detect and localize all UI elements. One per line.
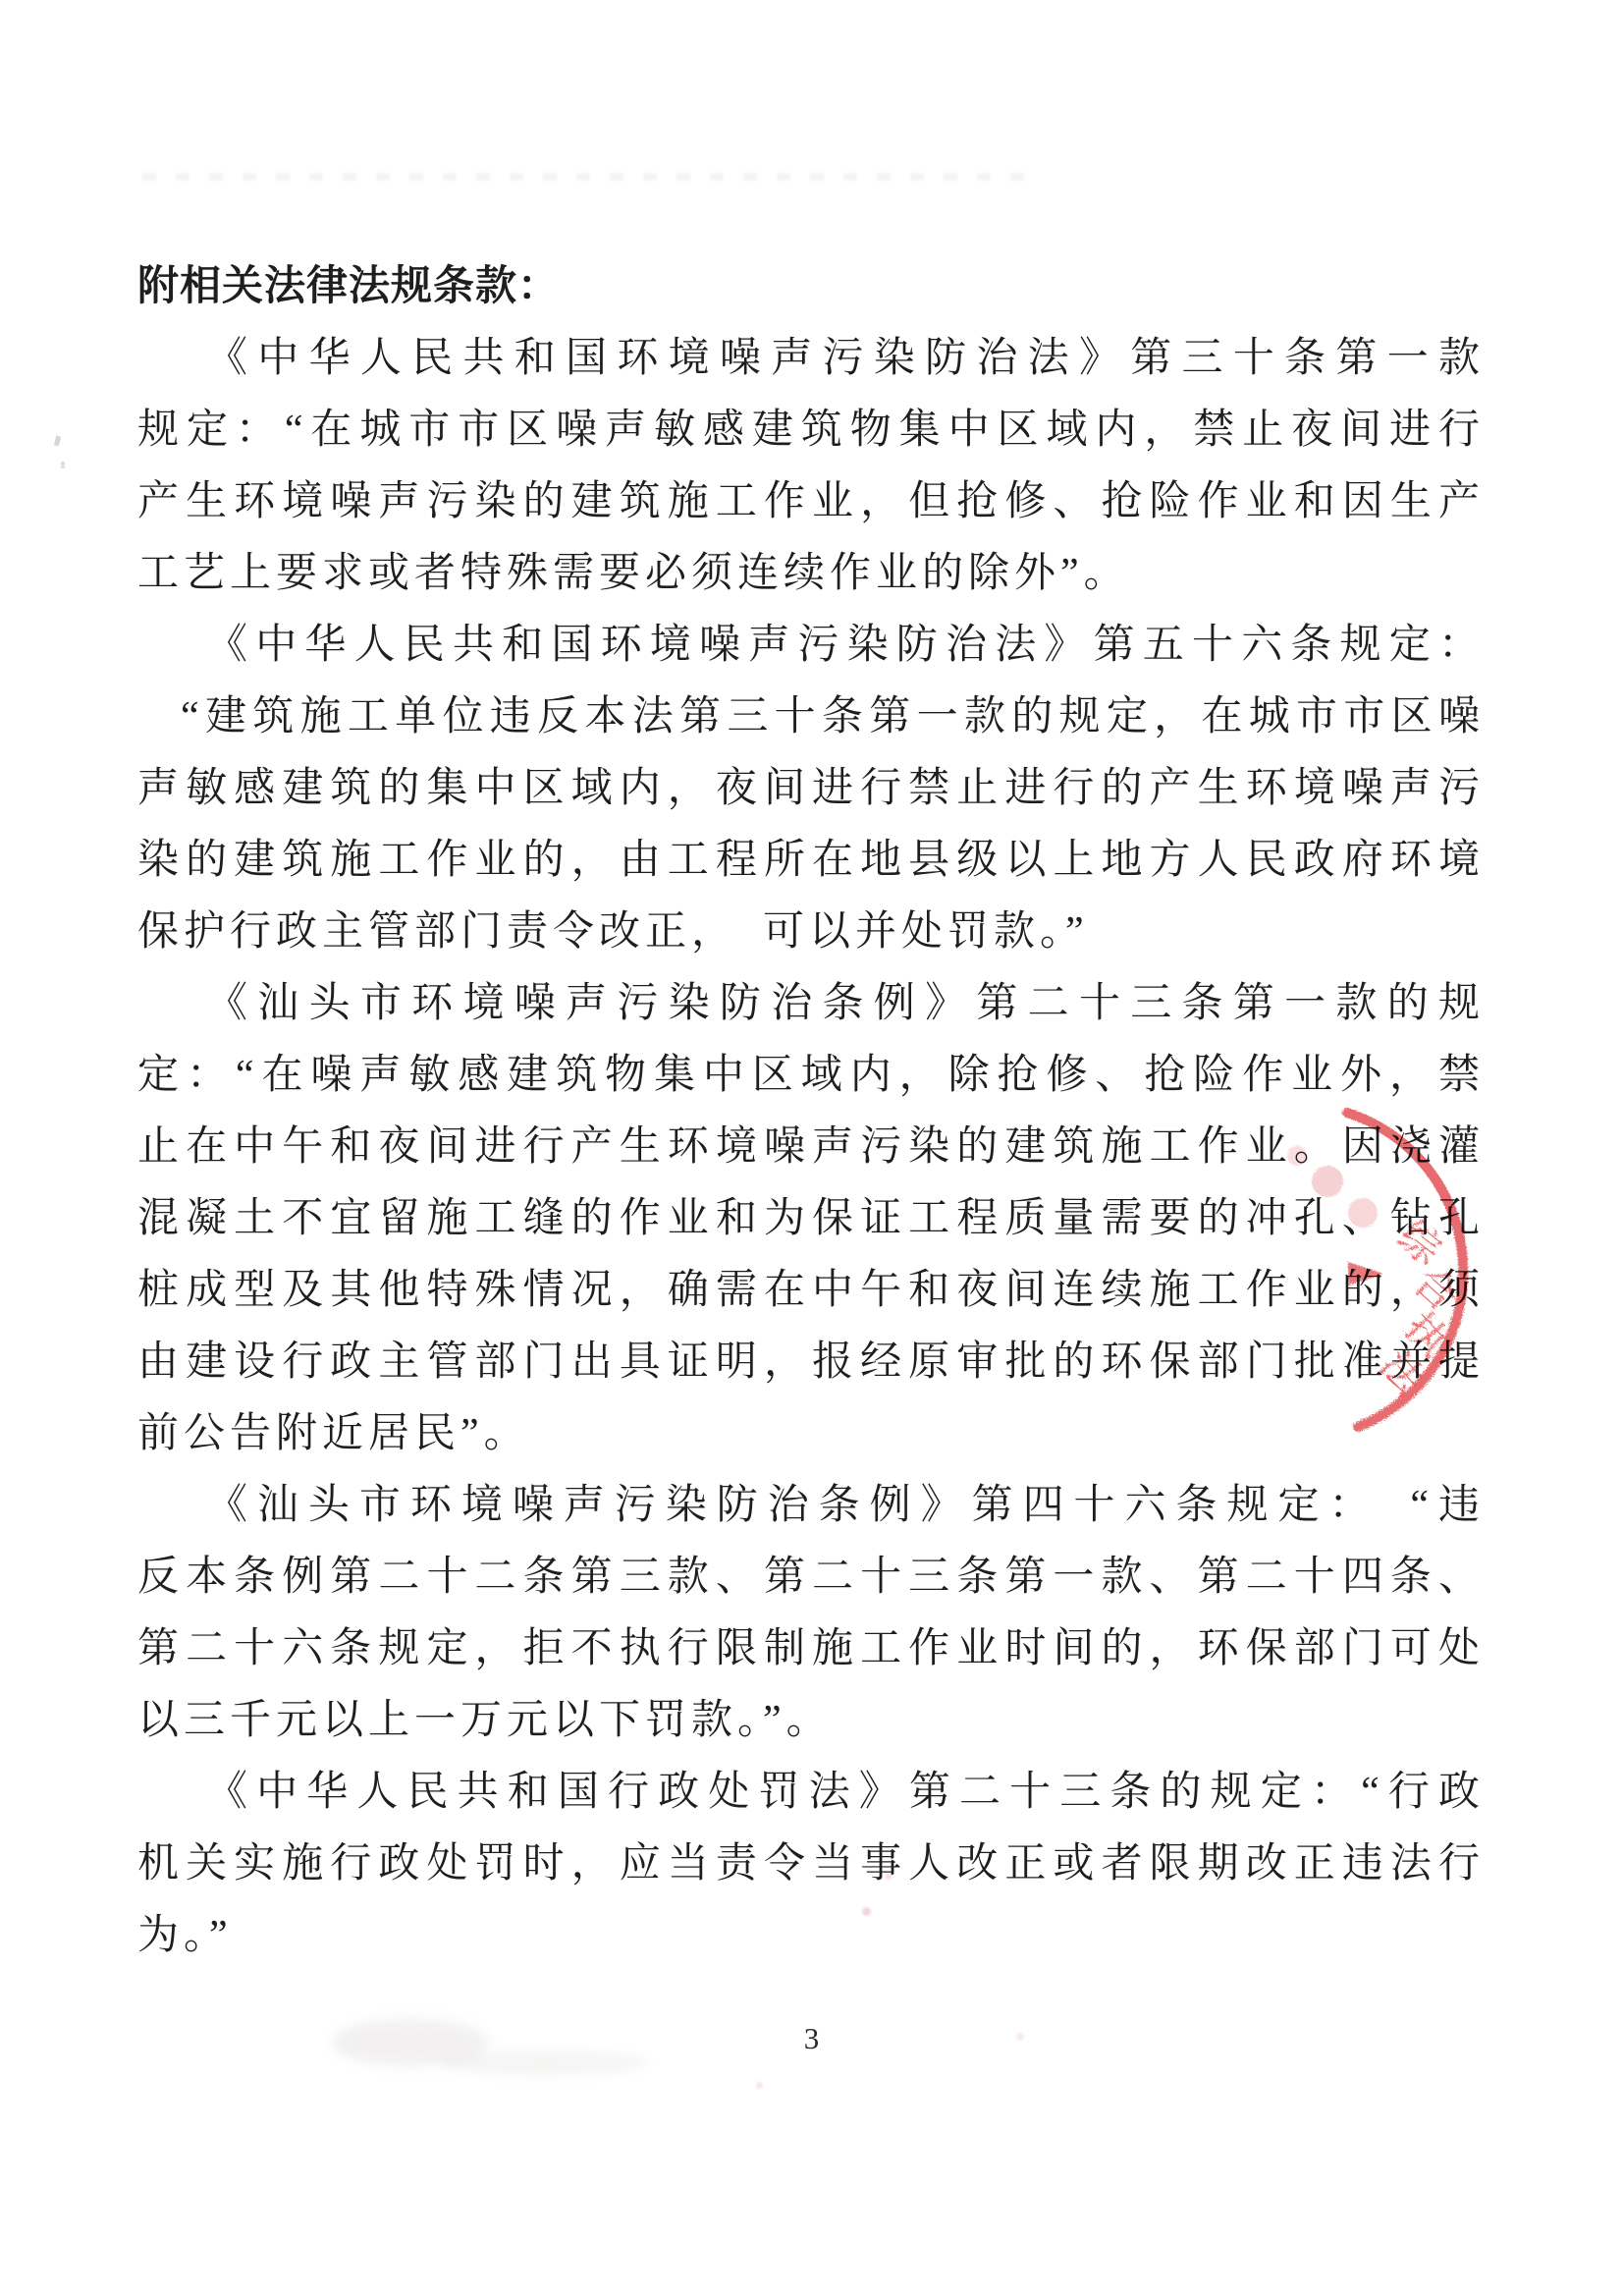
text-line: 止在中午和夜间进行产生环境噪声污染的建筑施工作业。因浇灌 xyxy=(137,1112,1485,1183)
text-line: 《汕头市环境噪声污染防治条例》第二十三条第一款的规 xyxy=(137,968,1485,1040)
text-line: 声敏感建筑的集中区域内，夜间进行禁止进行的产生环境噪声污 xyxy=(137,753,1485,825)
text-line: 由建设行政主管部门出具证明，报经原审批的环保部门批准并提 xyxy=(137,1327,1485,1398)
scan-speck xyxy=(54,436,61,447)
text-line: 定：“在噪声敏感建筑物集中区域内，除抢修、抢险作业外，禁 xyxy=(137,1040,1485,1112)
text-line: 机关实施行政处罚时，应当责令当事人改正或者限期改正违法行 xyxy=(137,1829,1485,1900)
scan-speck xyxy=(61,462,65,468)
text-line: 染的建筑施工作业的，由工程所在地县级以上地方人民政府环境 xyxy=(137,825,1485,897)
text-line: 《汕头市环境噪声污染防治条例》第四十六条规定： “违 xyxy=(137,1470,1485,1542)
text-line: 桩成型及其他特殊情况，确需在中午和夜间连续施工作业的，须 xyxy=(137,1255,1485,1327)
text-line: 前公告附近居民”。 xyxy=(137,1398,1485,1470)
text-line: 为。” xyxy=(137,1900,1485,1972)
text-line: 《中华人民共和国行政处罚法》第二十三条的规定：“行政 xyxy=(137,1757,1485,1829)
page-number: 3 xyxy=(0,2021,1623,2056)
text-line: 第二十六条规定，拒不执行限制施工作业时间的，环保部门可处 xyxy=(137,1613,1485,1685)
text-line: 《中华人民共和国环境噪声污染防治法》第五十六条规定： xyxy=(137,610,1485,682)
text-line: 《中华人民共和国环境噪声污染防治法》第三十条第一款 xyxy=(137,323,1485,395)
text-line: 混凝土不宜留施工缝的作业和为保证工程质量需要的冲孔、钻孔 xyxy=(137,1183,1485,1255)
text-line: “建筑施工单位违反本法第三十条第一款的规定，在城市市区噪 xyxy=(137,682,1485,753)
text-line: 附相关法律法规条款： xyxy=(137,251,1485,323)
text-line: 以三千元以上一万元以下罚款。”。 xyxy=(137,1685,1485,1757)
document-text: 附相关法律法规条款：《中华人民共和国环境噪声污染防治法》第三十条第一款规定：“在… xyxy=(137,251,1485,1972)
scan-ghost-artifact xyxy=(142,173,1026,181)
text-line: 保护行政主管部门责令改正， 可以并处罚款。” xyxy=(137,897,1485,968)
text-line: 反本条例第二十二条第三款、第二十三条第一款、第二十四条、 xyxy=(137,1542,1485,1613)
scan-speck xyxy=(756,2082,763,2089)
text-line: 工艺上要求或者特殊需要必须连续作业的除外”。 xyxy=(137,538,1485,610)
text-line: 产生环境噪声污染的建筑施工作业，但抢修、抢险作业和因生产 xyxy=(137,466,1485,538)
text-line: 规定：“在城市市区噪声敏感建筑物集中区域内，禁止夜间进行 xyxy=(137,395,1485,466)
scanned-legal-document-page: 附相关法律法规条款：《中华人民共和国环境噪声污染防治法》第三十条第一款规定：“在… xyxy=(0,0,1623,2296)
